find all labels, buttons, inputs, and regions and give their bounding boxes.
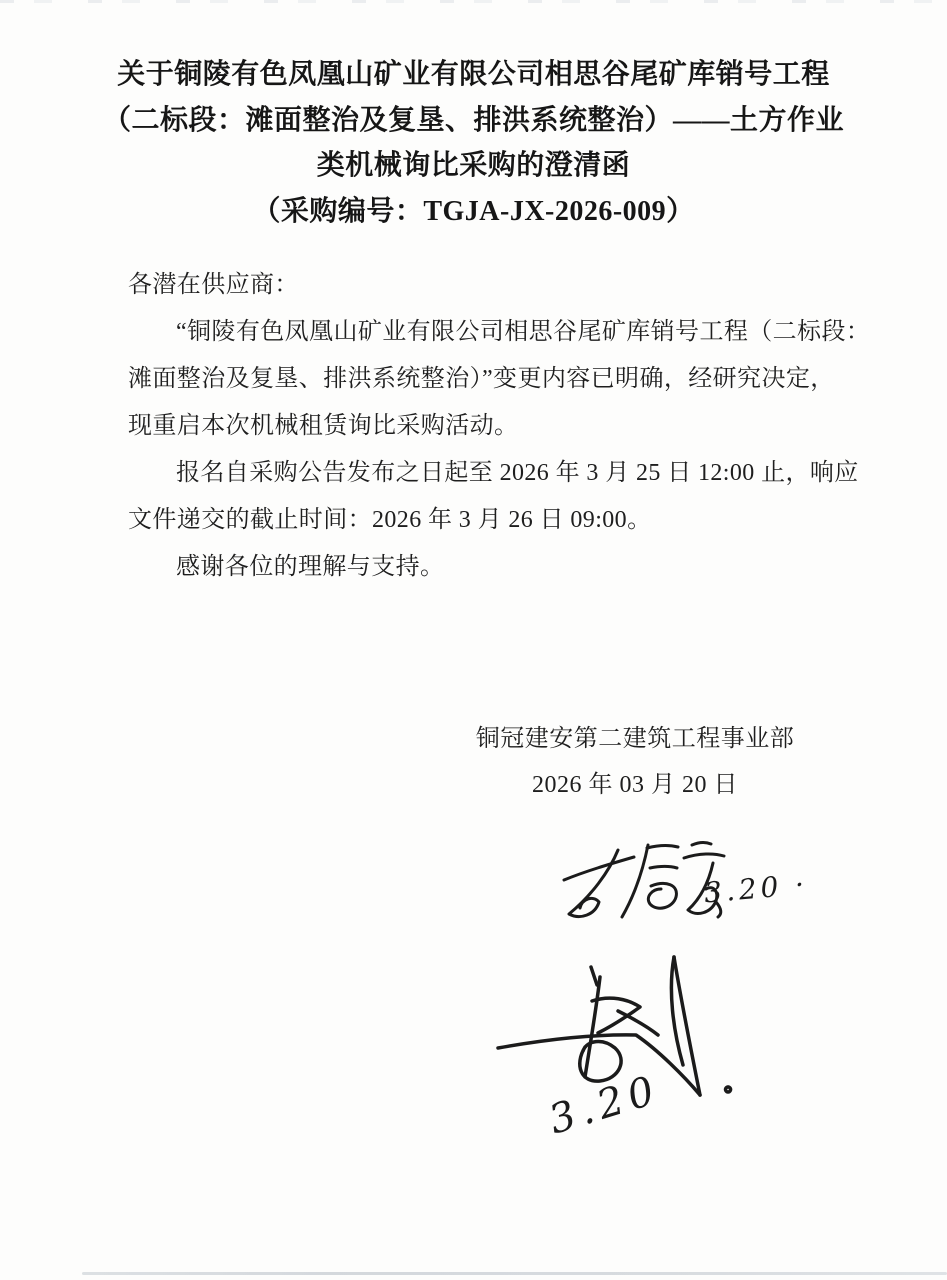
signoff-department: 铜冠建安第二建筑工程事业部 bbox=[320, 716, 947, 762]
title-line: 类机械询比采购的澄清函 bbox=[0, 143, 947, 189]
signoff-date: 2026 年 03 月 20 日 bbox=[320, 762, 947, 808]
signature-2-scrawl-icon bbox=[488, 945, 808, 1155]
scanned-document-page: 关于铜陵有色凤凰山矿业有限公司相思谷尾矿库销号工程 （二标段：滩面整治及复垦、排… bbox=[0, 0, 947, 1280]
paragraph-1-line: “铜陵有色凤凰山矿业有限公司相思谷尾矿库销号工程（二标段： bbox=[128, 309, 850, 356]
handwritten-signature-1 bbox=[556, 838, 726, 920]
handwritten-signature-2 bbox=[488, 945, 808, 1155]
scan-artifact-bottom-edge bbox=[82, 1272, 947, 1275]
paragraph-1-line: 滩面整治及复垦、排洪系统整治）”变更内容已明确，经研究决定， bbox=[128, 356, 850, 403]
scan-artifact-top-edge bbox=[0, 0, 947, 3]
paragraph-2-line: 报名自采购公告发布之日起至 2026 年 3 月 25 日 12:00 止，响应 bbox=[128, 450, 850, 497]
title-line: （二标段：滩面整治及复垦、排洪系统整治）——土方作业 bbox=[0, 98, 947, 144]
signoff-block: 铜冠建安第二建筑工程事业部 2026 年 03 月 20 日 bbox=[320, 716, 947, 808]
salutation: 各潜在供应商： bbox=[128, 262, 850, 309]
paragraph-3-line: 感谢各位的理解与支持。 bbox=[128, 544, 850, 591]
document-title: 关于铜陵有色凤凰山矿业有限公司相思谷尾矿库销号工程 （二标段：滩面整治及复垦、排… bbox=[0, 52, 947, 234]
letter-body: 各潜在供应商： “铜陵有色凤凰山矿业有限公司相思谷尾矿库销号工程（二标段： 滩面… bbox=[128, 262, 850, 591]
signature-1-scrawl-icon bbox=[556, 838, 726, 920]
title-line: 关于铜陵有色凤凰山矿业有限公司相思谷尾矿库销号工程 bbox=[0, 52, 947, 98]
paragraph-1-line: 现重启本次机械租赁询比采购活动。 bbox=[128, 403, 850, 450]
procurement-number-line: （采购编号：TGJA-JX-2026-009） bbox=[0, 189, 947, 235]
paragraph-2-line: 文件递交的截止时间：2026 年 3 月 26 日 09:00。 bbox=[128, 497, 850, 544]
